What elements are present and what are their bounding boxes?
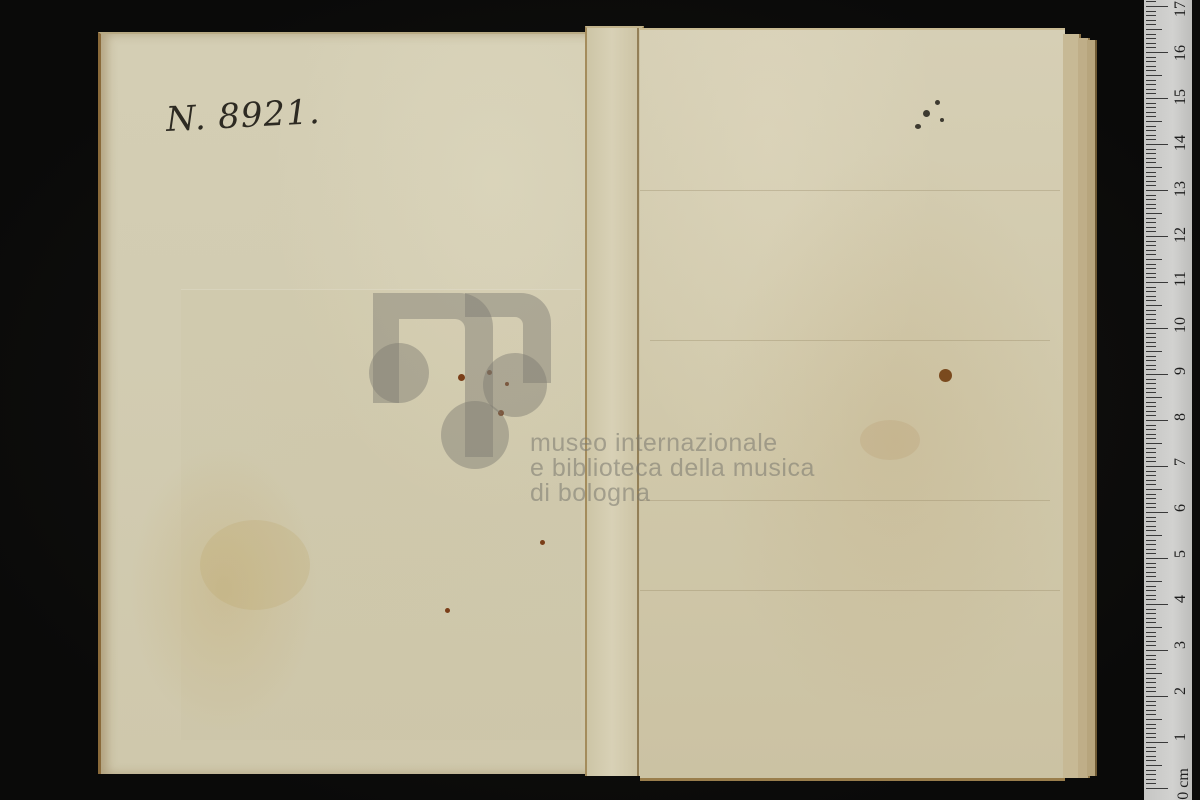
ruler-tick: [1146, 544, 1156, 545]
ruler-tick: [1146, 535, 1162, 536]
ruler-tick: [1146, 774, 1156, 775]
ruler-label: 17: [1172, 0, 1190, 20]
ruler-tick: [1146, 80, 1156, 81]
watermark-text-line-2: e biblioteca della musica: [530, 455, 815, 482]
ruler-tick: [1146, 687, 1156, 688]
ruler-label: 12: [1172, 224, 1190, 246]
ruler-tick: [1146, 691, 1156, 692]
ruler-label-zero: 0 cm: [1175, 766, 1193, 800]
ruler-tick: [1146, 66, 1156, 67]
ruler-tick: [1146, 627, 1162, 628]
ruler-tick: [1146, 540, 1156, 541]
ruler-tick: [1146, 24, 1156, 25]
ruler-tick: [1146, 641, 1156, 642]
ruler-tick: [1146, 742, 1168, 743]
ruler-tick: [1146, 342, 1156, 343]
ruler-tick: [1146, 305, 1162, 306]
ruler-tick: [1146, 392, 1156, 393]
ruler-label: 11: [1172, 268, 1190, 290]
ruler-tick: [1146, 20, 1156, 21]
ruler-tick: [1146, 323, 1156, 324]
ruler-tick: [1146, 213, 1162, 214]
right-page: [640, 28, 1065, 781]
ruler-tick: [1146, 241, 1156, 242]
ink-spot: [935, 100, 940, 105]
ruler-tick: [1146, 34, 1156, 35]
ruler-tick: [1146, 756, 1156, 757]
foxing-stain: [445, 608, 450, 613]
ruler-tick: [1146, 406, 1156, 407]
ruler-label: 8: [1172, 406, 1190, 428]
ruler-tick: [1146, 227, 1156, 228]
ruler-tick: [1146, 461, 1156, 462]
ruler-tick: [1146, 310, 1156, 311]
ruler-tick: [1146, 38, 1156, 39]
ruler-label: 6: [1172, 497, 1190, 519]
ruler-tick: [1146, 167, 1162, 168]
ruler-tick: [1146, 84, 1156, 85]
ruler-tick: [1146, 369, 1156, 370]
ink-spot: [940, 118, 944, 122]
ruler-tick: [1146, 47, 1156, 48]
ruler-tick: [1146, 402, 1156, 403]
ruler-tick: [1146, 434, 1156, 435]
ruler-tick: [1146, 397, 1162, 398]
ruler-tick: [1146, 268, 1156, 269]
ruler-tick: [1146, 208, 1156, 209]
ruler-tick: [1146, 760, 1156, 761]
ruler-label: 13: [1172, 178, 1190, 200]
ruler-tick: [1146, 287, 1156, 288]
watermark-text-line-1: museo internazionale: [530, 430, 778, 457]
ruler-tick: [1146, 710, 1156, 711]
ruler-tick: [1146, 300, 1156, 301]
ruler-tick: [1146, 719, 1162, 720]
ruler-tick: [1146, 199, 1156, 200]
ruler-tick: [1146, 383, 1156, 384]
ruler-tick: [1146, 172, 1156, 173]
ruler-tick: [1146, 622, 1156, 623]
ruler-tick: [1146, 185, 1156, 186]
ruler-tick: [1146, 549, 1156, 550]
ruler-tick: [1146, 379, 1156, 380]
ruler-tick: [1146, 466, 1168, 467]
ruler-tick: [1146, 484, 1156, 485]
water-stain: [200, 520, 310, 610]
ruler-tick: [1146, 388, 1156, 389]
ruler-tick: [1146, 770, 1156, 771]
ruler-tick: [1146, 498, 1156, 499]
ruler-tick: [1146, 107, 1156, 108]
ruler-label: 16: [1172, 42, 1190, 64]
ruler-tick: [1146, 682, 1156, 683]
ruler-tick: [1146, 176, 1156, 177]
ruler-label: 10: [1172, 314, 1190, 336]
paper-fold: [640, 590, 1060, 591]
ruler-tick: [1146, 696, 1168, 697]
ruler-tick: [1146, 599, 1156, 600]
ruler-tick: [1146, 162, 1156, 163]
ruler-tick: [1146, 135, 1156, 136]
ruler-label: 15: [1172, 86, 1190, 108]
ruler-tick: [1146, 521, 1156, 522]
ruler-tick: [1146, 788, 1168, 789]
ruler-tick: [1146, 204, 1156, 205]
ruler-tick: [1146, 747, 1156, 748]
ruler-tick: [1146, 52, 1168, 53]
ruler-tick: [1146, 337, 1156, 338]
ruler-tick: [1146, 259, 1162, 260]
ruler-tick: [1146, 655, 1156, 656]
ruler-tick: [1146, 6, 1168, 7]
ruler-tick: [1146, 779, 1156, 780]
ruler-tick: [1146, 613, 1156, 614]
ruler-tick: [1146, 245, 1156, 246]
ruler-tick: [1146, 374, 1168, 375]
ruler-tick: [1146, 254, 1156, 255]
ruler-tick: [1146, 751, 1156, 752]
ruler-tick: [1146, 29, 1162, 30]
ruler-tick: [1146, 429, 1156, 430]
ruler-tick: [1146, 618, 1156, 619]
page-edge: [1087, 40, 1097, 776]
spine-crease: [637, 28, 639, 776]
ruler-tick: [1146, 645, 1156, 646]
ruler-tick: [1146, 420, 1168, 421]
ruler-tick: [1146, 503, 1156, 504]
ruler-tick: [1146, 728, 1156, 729]
ruler-tick: [1146, 714, 1156, 715]
ruler-tick: [1146, 314, 1156, 315]
ruler-tick: [1146, 126, 1156, 127]
ruler-label: 1: [1172, 726, 1190, 748]
ruler-tick: [1146, 277, 1156, 278]
ruler-tick: [1146, 572, 1156, 573]
ruler-tick: [1146, 360, 1156, 361]
ruler-tick: [1146, 190, 1168, 191]
ruler-tick: [1146, 328, 1168, 329]
ruler-tick: [1146, 415, 1156, 416]
ruler-tick: [1146, 733, 1156, 734]
ruler-tick: [1146, 475, 1156, 476]
ruler-tick: [1146, 724, 1156, 725]
ruler-tick: [1146, 576, 1156, 577]
ruler-tick: [1146, 11, 1156, 12]
ruler-tick: [1146, 553, 1156, 554]
ruler-tick: [1146, 195, 1156, 196]
ruler-tick: [1146, 139, 1156, 140]
ruler-tick: [1146, 158, 1156, 159]
ruler-tick: [1146, 15, 1156, 16]
ruler-tick: [1146, 526, 1156, 527]
ruler-tick: [1146, 296, 1156, 297]
ruler-tick: [1146, 632, 1156, 633]
ruler-tick: [1146, 678, 1156, 679]
ruler-tick: [1146, 438, 1156, 439]
spine: [585, 26, 644, 776]
ruler-tick: [1146, 103, 1156, 104]
ruler-tick: [1146, 765, 1162, 766]
ruler-tick: [1146, 517, 1156, 518]
ruler-tick: [1146, 218, 1156, 219]
ruler-tick: [1146, 425, 1156, 426]
ruler-tick: [1146, 43, 1156, 44]
ruler-tick: [1146, 291, 1156, 292]
water-stain: [860, 420, 920, 460]
ruler-tick: [1146, 650, 1168, 651]
ruler-tick: [1146, 480, 1156, 481]
ruler-tick: [1146, 448, 1156, 449]
ruler-tick: [1146, 250, 1156, 251]
ruler-tick: [1146, 512, 1168, 513]
ruler-tick: [1146, 282, 1168, 283]
ruler-tick: [1146, 636, 1156, 637]
ruler-label: 4: [1172, 588, 1190, 610]
ruler-label: 2: [1172, 680, 1190, 702]
ruler-tick: [1146, 351, 1162, 352]
ruler-label: 9: [1172, 360, 1190, 382]
ruler-tick: [1146, 443, 1162, 444]
paper-fold: [640, 190, 1060, 191]
ruler-tick: [1146, 98, 1168, 99]
ruler-label: 7: [1172, 451, 1190, 473]
ruler-tick: [1146, 236, 1168, 237]
foxing-stain: [540, 540, 545, 545]
paper-fold: [650, 340, 1050, 341]
ruler-tick: [1146, 567, 1156, 568]
ruler-tick: [1146, 581, 1162, 582]
catalog-number: N. 8921.: [165, 92, 321, 140]
ruler-tick: [1146, 121, 1162, 122]
ruler-tick: [1146, 144, 1168, 145]
ruler-tick: [1146, 595, 1156, 596]
ruler-tick: [1146, 411, 1156, 412]
ruler-tick: [1146, 705, 1156, 706]
ruler-tick: [1146, 590, 1156, 591]
ruler-tick: [1146, 452, 1156, 453]
ruler-tick: [1146, 112, 1156, 113]
ruler-tick: [1146, 356, 1156, 357]
foxing-stain: [939, 369, 952, 382]
ruler-tick: [1146, 668, 1156, 669]
ruler-tick: [1146, 609, 1156, 610]
ruler-tick: [1146, 149, 1156, 150]
ruler-tick: [1146, 494, 1156, 495]
ruler-tick: [1146, 737, 1156, 738]
measuring-ruler: 0 cm 1 2 3 4 5 6 7 8 9 10 11 12 13 14 15…: [1144, 0, 1192, 800]
ruler-tick: [1146, 273, 1156, 274]
ruler-tick: [1146, 701, 1156, 702]
ruler-tick: [1146, 89, 1156, 90]
ruler-tick: [1146, 783, 1156, 784]
ruler-tick: [1146, 563, 1156, 564]
ink-spot: [923, 110, 930, 117]
ruler-tick: [1146, 604, 1168, 605]
ruler-tick: [1146, 319, 1156, 320]
ruler-tick: [1146, 181, 1156, 182]
ruler-label: 14: [1172, 132, 1190, 154]
ruler-tick: [1146, 116, 1156, 117]
ruler-tick: [1146, 507, 1156, 508]
ruler-label: 5: [1172, 543, 1190, 565]
ruler-tick: [1146, 586, 1156, 587]
ruler-tick: [1146, 231, 1156, 232]
ruler-label: 3: [1172, 634, 1190, 656]
ruler-tick: [1146, 489, 1162, 490]
ruler-tick: [1146, 61, 1156, 62]
ruler-tick: [1146, 346, 1156, 347]
ruler-tick: [1146, 130, 1156, 131]
ruler-tick: [1146, 70, 1156, 71]
ruler-tick: [1146, 664, 1156, 665]
ruler-tick: [1146, 659, 1156, 660]
ruler-tick: [1146, 530, 1156, 531]
ruler-tick: [1146, 471, 1156, 472]
ruler-tick: [1146, 75, 1162, 76]
ruler-tick: [1146, 558, 1168, 559]
ruler-tick: [1146, 222, 1156, 223]
watermark-text-line-3: di bologna: [530, 480, 650, 507]
paper-fold: [640, 500, 1050, 501]
ruler-tick: [1146, 57, 1156, 58]
ruler-tick: [1146, 264, 1156, 265]
ruler-tick: [1146, 93, 1156, 94]
ruler-tick: [1146, 673, 1162, 674]
ruler-tick: [1146, 153, 1156, 154]
ruler-tick: [1146, 457, 1156, 458]
ink-spot: [915, 124, 921, 129]
ruler-tick: [1146, 333, 1156, 334]
ruler-tick: [1146, 365, 1156, 366]
ruler-tick: [1146, 1, 1156, 2]
